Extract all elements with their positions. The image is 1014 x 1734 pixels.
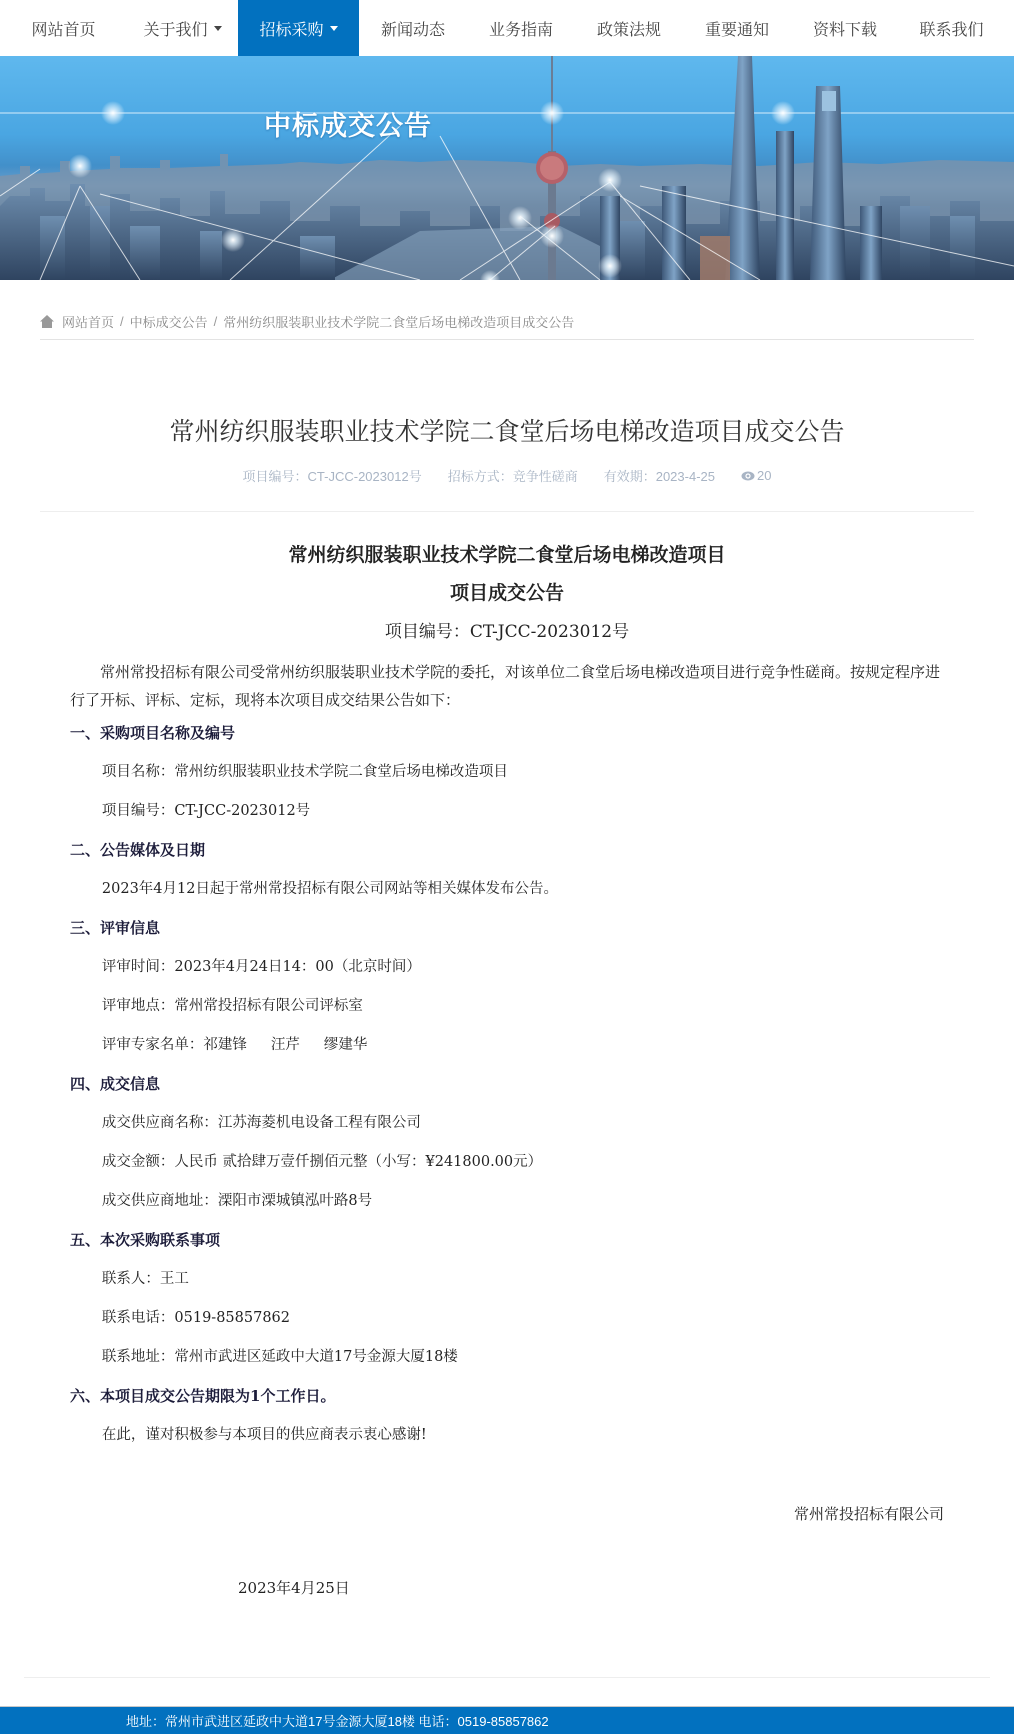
section-heading: 一、采购项目名称及编号 [70,714,944,753]
section-heading: 六、本项目成交公告期限为1个工作日。 [70,1377,944,1416]
page-title: 常州纺织服装职业技术学院二食堂后场电梯改造项目成交公告 [40,412,974,448]
nav-label: 资料下载 [813,17,877,40]
expert-name: 祁建锋 [203,1037,247,1053]
section-heading: 四、成交信息 [70,1065,944,1104]
nav-label: 新闻动态 [381,17,445,40]
nav-item-downloads[interactable]: 资料下载 [791,0,899,56]
winning-amount: 成交金额：人民币 贰拾肆万壹仟捌佰元整（小写：¥241800.00元） [70,1143,944,1182]
breadcrumb-category-link[interactable]: 中标成交公告 [130,312,208,331]
nav-item-guide[interactable]: 业务指南 [467,0,575,56]
breadcrumb-separator: / [214,314,218,329]
breadcrumb: 网站首页 / 中标成交公告 / 常州纺织服装职业技术学院二食堂后场电梯改造项目成… [40,280,974,340]
signature: 常州常投招标有限公司 [70,1497,944,1531]
contact-phone: 联系电话：0519-85857862 [70,1299,944,1338]
doc-title-line1: 常州纺织服装职业技术学院二食堂后场电梯改造项目 [70,536,944,574]
meta-valid-date: 有效期：2023-4-25 [604,466,715,485]
expert-name: 缪建华 [324,1037,368,1053]
nav-item-home[interactable]: 网站首页 [0,0,127,56]
home-icon [40,315,54,328]
meta-bid-method: 招标方式：竞争性磋商 [448,466,578,485]
contact-person: 联系人：王工 [70,1260,944,1299]
nav-label: 网站首页 [31,17,95,40]
top-nav: 网站首页 关于我们 招标采购 新闻动态 业务指南 政策法规 重要通知 资料下载 … [0,0,1014,56]
doc-title-line2: 项目成交公告 [70,574,944,612]
contact-address: 联系地址：常州市武进区延政中大道17号金源大厦18楼 [70,1338,944,1377]
signature-date: 2023年4月25日 [70,1571,944,1605]
supplier-address: 成交供应商地址：溧阳市溧城镇泓叶路8号 [70,1182,944,1221]
section-heading: 五、本次采购联系事项 [70,1221,944,1260]
review-time: 评审时间：2023年4月24日14：00（北京时间） [70,948,944,987]
city-skyline-image [0,56,1014,280]
view-count: 20 [741,468,771,483]
nav-item-policy[interactable]: 政策法规 [575,0,683,56]
nav-item-about[interactable]: 关于我们 [127,0,238,56]
footer: 地址：常州市武进区延政中大道17号金源大厦18楼 电话：0519-8585786… [0,1706,1014,1734]
nav-label: 关于我们 [143,17,207,40]
article-meta: 项目编号：CT-JCC-2023012号 招标方式：竞争性磋商 有效期：2023… [40,466,974,485]
review-place: 评审地点：常州常投招标有限公司评标室 [70,987,944,1026]
caret-down-icon [214,26,222,31]
nav-label: 招标采购 [259,17,323,40]
nav-label: 业务指南 [489,17,553,40]
eye-icon [741,471,755,481]
project-name: 项目名称：常州纺织服装职业技术学院二食堂后场电梯改造项目 [70,753,944,792]
footer-address: 地址：常州市武进区延政中大道17号金源大厦18楼 电话：0519-8585786… [126,1711,549,1730]
breadcrumb-home-link[interactable]: 网站首页 [62,312,114,331]
section-heading: 二、公告媒体及日期 [70,831,944,870]
banner-title: 中标成交公告 [264,104,432,143]
project-number: 项目编号：CT-JCC-2023012号 [70,792,944,831]
article-body: 常州纺织服装职业技术学院二食堂后场电梯改造项目 项目成交公告 项目编号：CT-J… [40,512,974,1605]
nav-label: 联系我们 [919,17,983,40]
article-header: 常州纺织服装职业技术学院二食堂后场电梯改造项目成交公告 项目编号：CT-JCC-… [40,340,974,512]
section-heading: 三、评审信息 [70,909,944,948]
nav-item-bidding[interactable]: 招标采购 [238,0,359,56]
content-divider [24,1677,990,1678]
caret-down-icon [330,26,338,31]
review-experts: 评审专家名单：祁建锋汪芹缪建华 [70,1026,944,1065]
breadcrumb-separator: / [120,314,124,329]
experts-label: 评审专家名单： [102,1037,204,1053]
thanks-note: 在此，谨对积极参与本项目的供应商表示衷心感谢! [70,1416,944,1455]
nav-label: 重要通知 [705,17,769,40]
nav-item-notices[interactable]: 重要通知 [683,0,791,56]
publish-info: 2023年4月12日起于常州常投招标有限公司网站等相关媒体发布公告。 [70,870,944,909]
page-banner: 中标成交公告 [0,56,1014,280]
nav-item-news[interactable]: 新闻动态 [359,0,467,56]
meta-project-no: 项目编号：CT-JCC-2023012号 [243,466,422,485]
breadcrumb-current[interactable]: 常州纺织服装职业技术学院二食堂后场电梯改造项目成交公告 [223,312,574,331]
intro-paragraph: 常州常投招标有限公司受常州纺织服装职业技术学院的委托，对该单位二食堂后场电梯改造… [70,658,944,714]
expert-name: 汪芹 [271,1037,300,1053]
winning-supplier: 成交供应商名称：江苏海菱机电设备工程有限公司 [70,1104,944,1143]
nav-item-contact[interactable]: 联系我们 [899,0,1004,56]
nav-label: 政策法规 [597,17,661,40]
view-count-value: 20 [757,468,771,483]
doc-project-no: 项目编号：CT-JCC-2023012号 [70,612,944,652]
